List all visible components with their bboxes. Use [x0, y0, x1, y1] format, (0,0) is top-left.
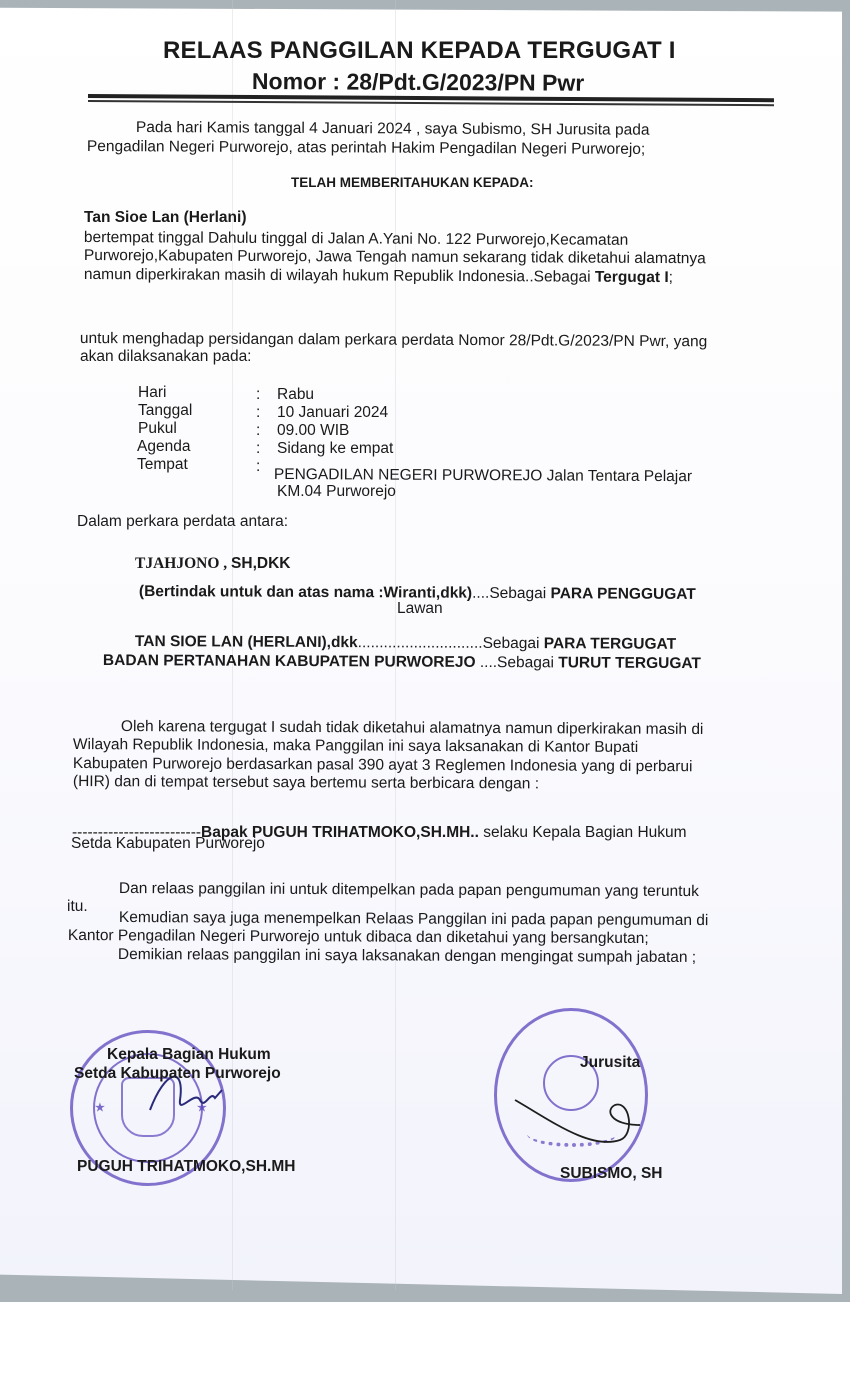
recipient-name: Tan Sioe Lan (Herlani): [84, 209, 247, 227]
plaintiff-representation: (Bertindak untuk dan atas nama :Wiranti,…: [139, 583, 472, 602]
schedule-colon: :: [256, 458, 260, 476]
plaintiff-name: TJAHJONO , SH,DKK: [135, 555, 290, 573]
intro-line: Pengadilan Negeri Purworejo, atas perint…: [87, 138, 645, 159]
co-defendant-sebagai: ....Sebagai: [475, 654, 558, 671]
right-signatory-name: SUBISMO, SH: [560, 1165, 662, 1183]
schedule-label: Agenda: [137, 438, 190, 456]
co-defendant-name: BADAN PERTANAHAN KABUPATEN PURWOREJO: [103, 652, 476, 671]
document-title: RELAAS PANGGILAN KEPADA TERGUGAT I: [163, 42, 676, 60]
hearing-intro: akan dilaksanakan pada:: [80, 348, 252, 366]
body-paragraph-line: (HIR) dan di tempat tersebut saya bertem…: [73, 773, 539, 793]
defendant-role: PARA TERGUGAT: [544, 635, 676, 653]
met-person-role: selaku Kepala Bagian Hukum: [479, 824, 687, 841]
body-paragraph-line: itu.: [67, 898, 88, 916]
defendant-sebagai: .............................Sebagai: [358, 634, 544, 652]
address-line: namun diperkirakan masih di wilayah huku…: [84, 266, 673, 287]
left-signatory-office: Setda Kabupaten Purworejo: [74, 1065, 281, 1083]
schedule-value: 09.00 WIB: [277, 422, 349, 440]
schedule-value: Rabu: [277, 386, 314, 404]
address-line: Purworejo,Kabupaten Purworejo, Jawa Teng…: [84, 247, 706, 268]
intro-line: Pada hari Kamis tanggal 4 Januari 2024 ,…: [136, 119, 650, 140]
schedule-value: Sidang ke empat: [277, 440, 393, 458]
notice-heading: TELAH MEMBERITAHUKAN KEPADA:: [291, 174, 534, 192]
schedule-label: Pukul: [138, 420, 177, 438]
co-defendant-role: TURUT TERGUGAT: [558, 654, 701, 672]
schedule-label: Hari: [138, 384, 166, 402]
plaintiff-name-sans: SH,DKK: [231, 555, 290, 572]
body-paragraph-line: Dan relaas panggilan ini untuk ditempelk…: [119, 880, 699, 901]
schedule-value-cont: KM.04 Purworejo: [277, 483, 396, 501]
defendant-row: TAN SIOE LAN (HERLANI),dkk..............…: [135, 633, 676, 654]
body-paragraph-line: Wilayah Republik Indonesia, maka Panggil…: [73, 736, 638, 757]
defendant-name: TAN SIOE LAN (HERLANI),dkk: [135, 633, 358, 651]
schedule-colon: :: [256, 422, 260, 440]
schedule-value: 10 Januari 2024: [277, 404, 388, 422]
address-text: namun diperkirakan masih di wilayah huku…: [84, 266, 595, 286]
plaintiff-role: PARA PENGGUGAT: [550, 585, 695, 603]
plaintiff-name-serif: TJAHJONO ,: [135, 555, 231, 572]
plaintiff-sebagai: ....Sebagai: [472, 585, 551, 602]
document-number: Nomor : 28/Pdt.G/2023/PN Pwr: [252, 72, 584, 92]
co-defendant-row: BADAN PERTANAHAN KABUPATEN PURWOREJO ...…: [103, 652, 701, 673]
right-signatory-title: Jurusita: [580, 1054, 640, 1072]
parties-intro: Dalam perkara perdata antara:: [77, 513, 288, 531]
signature-right: [510, 1080, 650, 1160]
schedule-colon: :: [256, 404, 260, 422]
versus-label: Lawan: [397, 600, 443, 618]
body-paragraph-line: Kantor Pengadilan Negeri Purworejo untuk…: [68, 927, 649, 948]
stamp-star-icon: ★: [95, 1101, 105, 1114]
body-paragraph-line: Demikian relaas panggilan ini saya laksa…: [118, 946, 696, 967]
schedule-colon: :: [256, 386, 260, 404]
schedule-label: Tanggal: [138, 402, 192, 420]
address-end: ;: [669, 269, 673, 286]
schedule-label: Tempat: [137, 456, 188, 474]
left-signatory-title: Kepala Bagian Hukum: [107, 1046, 271, 1064]
schedule-colon: :: [256, 440, 260, 458]
met-person-role-cont: Setda Kabupaten Purworejo: [71, 835, 265, 853]
left-signatory-name: PUGUH TRIHATMOKO,SH.MH: [77, 1158, 295, 1176]
recipient-role: Tergugat I: [595, 269, 669, 286]
